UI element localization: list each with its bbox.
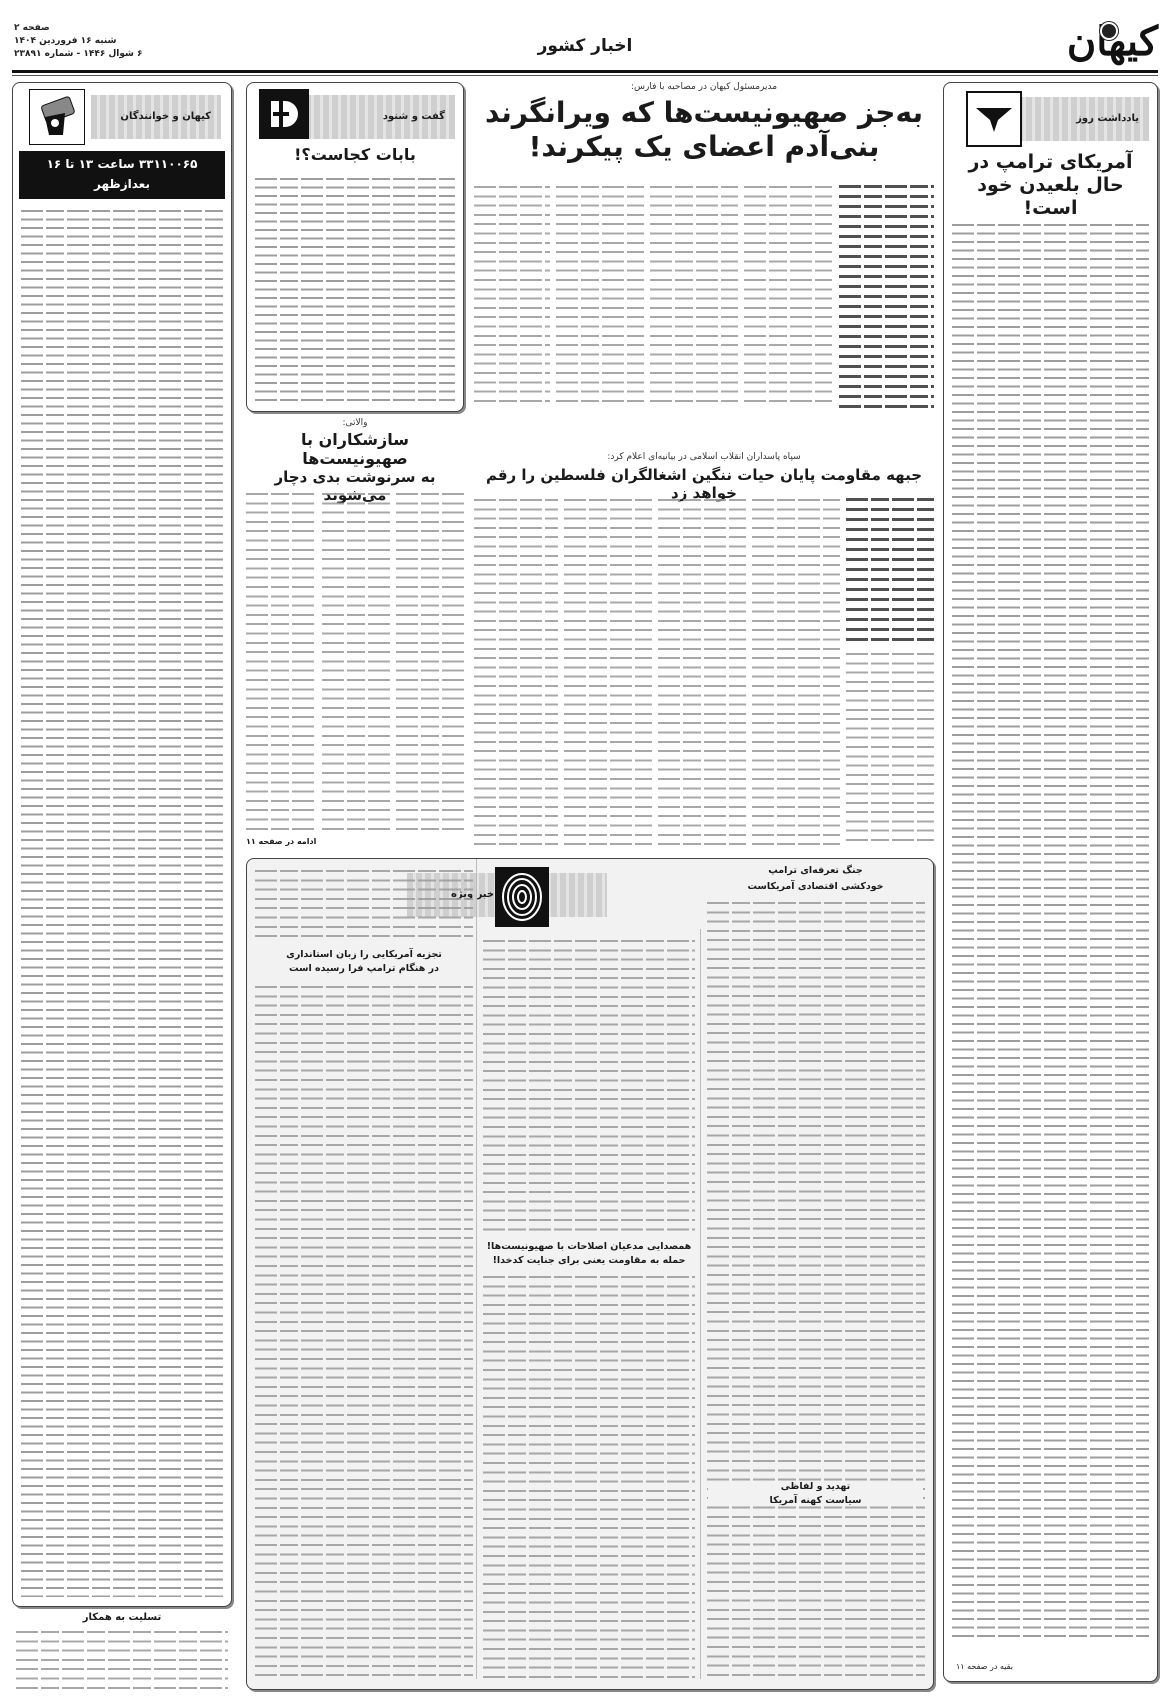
third-headline-line1: سازشکاران با صهیونیست‌ها: [246, 430, 464, 468]
lead-headline-line2: بنی‌آدم اعضای یک پیکرند!: [474, 130, 934, 164]
special-story2-title2: در هنگام ترامپ فرا رسیده است: [255, 963, 473, 974]
special-story3-title2: حمله به مقاومت یعنی برای جنایت کدخدا!: [483, 1255, 695, 1266]
masthead: کیهان اخبار کشور صفحه ۲ شنبه ۱۶ فروردین …: [0, 0, 1170, 74]
lead-body-col-2: [744, 183, 832, 408]
editorial-continued: بقیه در صفحه ۱۱: [956, 1662, 1013, 1671]
lead-body-col-5: [474, 183, 550, 408]
goft-o-shonood-box: گفت و شنود بابات کجاست؟!: [246, 82, 464, 412]
page-section-title: اخبار کشور: [0, 36, 1170, 56]
readers-column: کیهان و خوانندگان ۳۳۱۱۰۰۶۵ ساعت ۱۳ تا ۱۶…: [12, 82, 232, 1607]
lead-lede: [839, 183, 934, 408]
third-continued: ادامه در صفحه ۱۱: [246, 837, 316, 846]
special-story4-title1: تهدید و لفاظی: [708, 1481, 923, 1492]
phone-info-bar: ۳۳۱۱۰۰۶۵ ساعت ۱۳ تا ۱۶ بعدازظهر سامانه پ…: [19, 151, 225, 199]
special-story2-title1: تجزیه آمریکایی را زبان استانداری: [255, 949, 473, 960]
second-body-col-4: [564, 496, 652, 845]
issue-number: ۶ شوال ۱۴۴۶ - شماره ۲۳۸۹۱: [14, 48, 143, 61]
phone-handset-icon: [29, 89, 85, 145]
second-body-col-1: [846, 650, 934, 845]
date-line: شنبه ۱۶ فروردین ۱۴۰۴: [14, 35, 143, 48]
readers-letters: [21, 207, 223, 1597]
special-divider-2: [476, 859, 477, 1679]
masthead-rule-thin: [12, 75, 1158, 76]
second-body-col-3: [658, 496, 746, 845]
special-news-box: خبر ویژه جنگ تعرفه‌ای ترامپ خودکشی اقتصا…: [246, 858, 934, 1690]
condolence-title: تسلیت به همکار: [12, 1612, 232, 1624]
special-col-right: [707, 899, 925, 1679]
goft-body: [255, 175, 455, 403]
special-story4-title2: سیاست کهنه آمریکا: [708, 1495, 923, 1506]
readers-header-label: کیهان و خوانندگان: [120, 111, 211, 122]
special-col-mid: [483, 937, 695, 1237]
pennant-flag-icon: [966, 91, 1022, 147]
second-kicker: سپاه پاسداران انقلاب اسلامی در بیانیه‌ای…: [474, 452, 934, 462]
lead-kicker: مدیرمسئول کیهان در مصاحبه با فارس:: [474, 82, 934, 92]
editorial-header-label: یادداشت روز: [1076, 113, 1139, 124]
lead-body-col-4: [556, 183, 644, 408]
editorial-body: [952, 221, 1149, 1641]
second-story: سپاه پاسداران انقلاب اسلامی در بیانیه‌ای…: [474, 452, 934, 847]
special-divider-1: [700, 929, 701, 1679]
speech-quote-icon: [259, 89, 309, 139]
third-body-col-1: [396, 490, 464, 830]
special-col-left-top: [255, 867, 473, 939]
phone-line: ۳۳۱۱۰۰۶۵ ساعت ۱۳ تا ۱۶ بعدازظهر: [19, 154, 225, 194]
third-body-col-3: [246, 490, 316, 830]
special-story1-title1: جنگ تعرفه‌ای ترامپ: [708, 865, 923, 876]
special-col-mid-2: [483, 1273, 695, 1679]
masthead-rule: [12, 70, 1158, 73]
goft-header-label: گفت و شنود: [383, 111, 445, 122]
lead-headline-line1: به‌جز صهیونیست‌ها که ویرانگرند: [474, 96, 934, 130]
condolence-body: [16, 1628, 228, 1690]
editorial-column: یادداشت روز آمریکای ترامپ در حال بلعیدن …: [943, 82, 1158, 1682]
second-lede: [846, 496, 934, 646]
issue-info: صفحه ۲ شنبه ۱۶ فروردین ۱۴۰۴ ۶ شوال ۱۴۴۶ …: [14, 22, 143, 61]
editorial-headline: آمریکای ترامپ در حال بلعیدن خود است!: [954, 151, 1147, 219]
lead-story: مدیرمسئول کیهان در مصاحبه با فارس: به‌جز…: [474, 80, 934, 410]
second-body-col-2: [752, 496, 840, 845]
third-story: والاتی: سازشکاران با صهیونیست‌ها به سرنو…: [246, 418, 464, 848]
third-body-col-2: [322, 490, 390, 830]
page-number: صفحه ۲: [14, 22, 143, 35]
lead-body-col-3: [650, 183, 738, 408]
special-story3-title1: همصدایی مدعیان اصلاحات با صهیونیست‌ها!: [483, 1241, 695, 1252]
second-body-col-5: [474, 496, 558, 845]
third-kicker: والاتی:: [246, 418, 464, 428]
goft-headline: بابات کجاست؟!: [257, 145, 453, 164]
fingerprint-icon: [495, 867, 549, 927]
special-col-left: [255, 983, 473, 1679]
special-story1-title2: خودکشی اقتصادی آمریکاست: [708, 881, 923, 892]
